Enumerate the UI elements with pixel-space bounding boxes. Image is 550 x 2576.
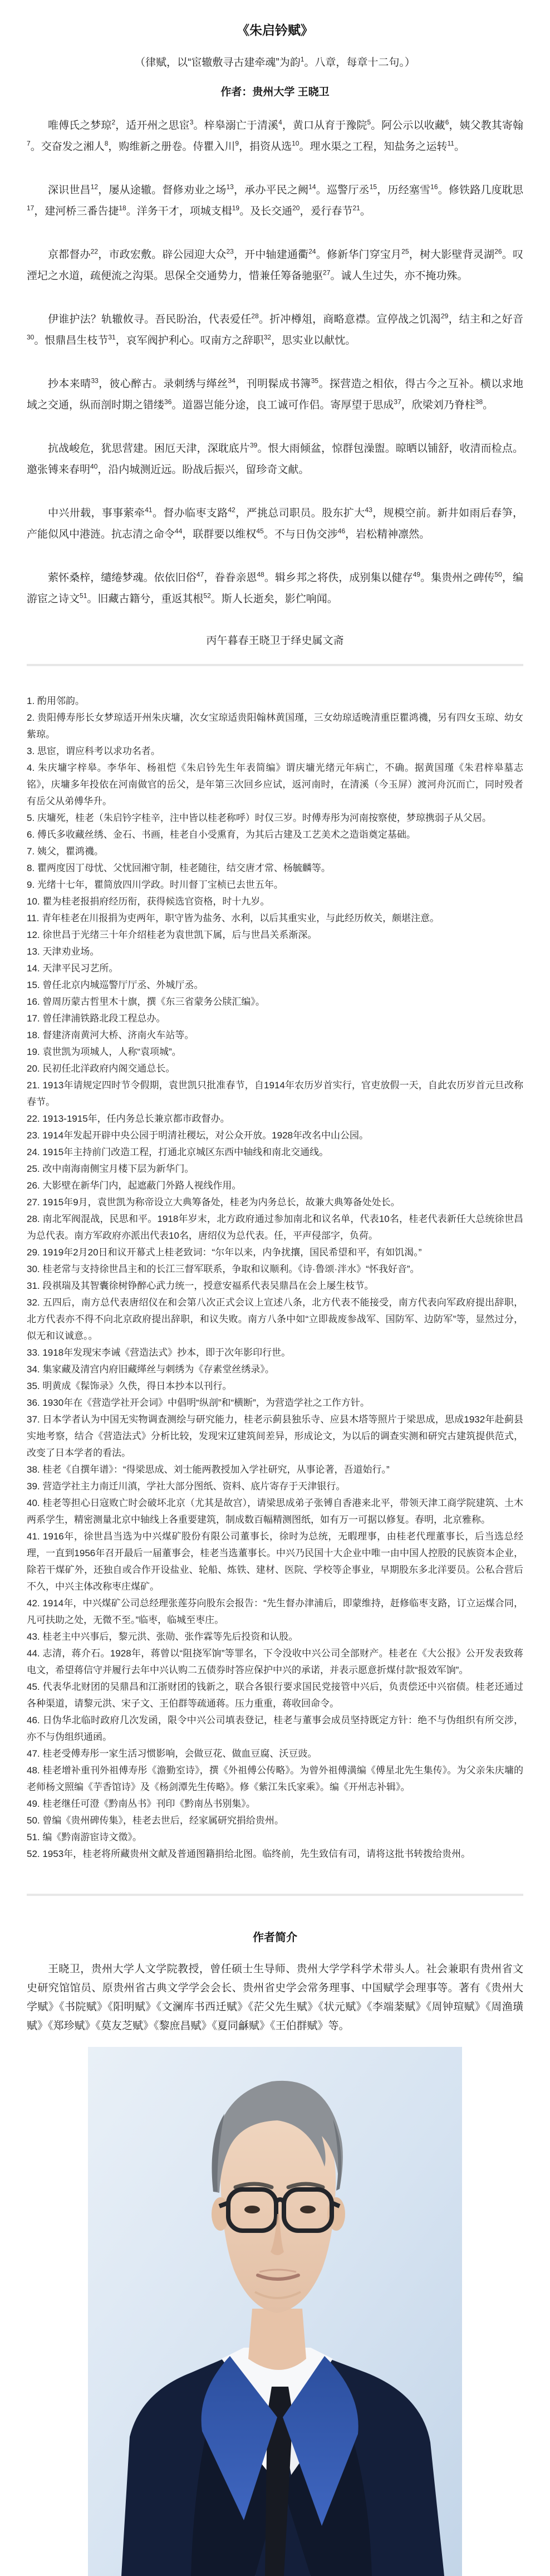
author-line: 作者：贵州大学 王晓卫 [27, 84, 523, 99]
annotation-item: 42. 1914年，中兴煤矿公司总经理张莲芬向股东会报告：“先生督办津浦后，即蒙… [27, 1595, 523, 1629]
annotation-item: 29. 1919年2月20日和议开幕式上桂老致词：“尔年以来，内争扰攘，国民希望… [27, 1244, 523, 1261]
annotation-item: 3. 思宦，谓应科考以求功名者。 [27, 743, 523, 760]
annotation-item: 32. 五四后，南方总代表唐绍仪在和会第八次正式会议上宣述八条，北方代表不能接受… [27, 1294, 523, 1345]
annotation-item: 51. 编《黔南游宦诗文徵》。 [27, 1829, 523, 1846]
annotation-item: 40. 桂老等担心日寇败亡时会破坏北京（尤其是故宫），请梁思成弟子张镈自香港来北… [27, 1495, 523, 1528]
annotation-item: 45. 代表华北财团的吴鼎昌和江浙财团的钱新之，联合各银行要求国民党接管中兴后，… [27, 1679, 523, 1712]
annotation-item: 49. 桂老继任可澄《黔南丛书》刊印《黔南丛书别集》。 [27, 1796, 523, 1812]
poem-form-note: （律赋，以“宦辙敷寻古建牵魂”为韵1。八章，每章十二句。） [27, 54, 523, 69]
annotation-item: 18. 督建济南黄河大桥、济南火车站等。 [27, 1027, 523, 1044]
poem-paragraph: 萦怀桑梓，缱绻梦魂。依依旧俗47，眷眷亲恩48。辑乡邦之将佚，成别集以健存49。… [27, 568, 523, 610]
annotation-item: 43. 桂老主中兴事后，黎元洪、张勋、张作霖等先后投资和认股。 [27, 1629, 523, 1645]
page-title: 《朱启钤赋》 [27, 20, 523, 38]
annotation-item: 33. 1918年发现宋李诫《营造法式》抄本，即于次年影印行世。 [27, 1345, 523, 1361]
annotation-item: 36. 1930年在《营造学社开会词》中倡明“纵剖”和“横断”，为营造学社之工作… [27, 1395, 523, 1411]
poem-paragraph: 深识世昌12，屡从途辙。督修劝业之场13，承办平民之阙14。巡警厅丞15，历经塞… [27, 180, 523, 222]
poem-paragraph: 伊谁护法？轨辙攸寻。吾民盼治，代表爱任28。折冲樽俎，商略意襟。宣停战之饥渴29… [27, 309, 523, 351]
annotation-item: 6. 傅氏多收藏丝绣、金石、书画，桂老自小受熏育，为其后古建及工艺美术之造诣奠定… [27, 827, 523, 843]
annotation-item: 50. 曾编《贵州碑传集》，桂老去世后，经家属研究捐给贵州。 [27, 1812, 523, 1829]
annotation-item: 44. 志清，蒋介石。1928年，蒋曾以“阻挠军饷”等罪名，下令没收中兴公司全部… [27, 1645, 523, 1679]
signature-line: 丙午暮春王晓卫于绎史属文斋 [27, 632, 523, 647]
annotation-item: 48. 桂老增补重刊外祖傅寿彤《澹勤室诗》，撰《外祖傅公传略》。为曾外祖傅潢编《… [27, 1762, 523, 1796]
annotation-item: 21. 1913年请规定四时节令假期，袁世凯只批准春节，自1914年农历岁首实行… [27, 1077, 523, 1111]
annotation-item: 4. 朱庆墉字梓皋。李华年、杨祖恺《朱启钤先生年表简编》谓庆墉光绪元年病亡，不确… [27, 760, 523, 810]
article-page: 《朱启钤赋》 （律赋，以“宦辙敷寻古建牵魂”为韵1。八章，每章十二句。） 作者：… [0, 0, 550, 2576]
annotation-item: 34. 集家藏及清宫内府旧藏缂丝与刺绣为《存素堂丝绣录》。 [27, 1361, 523, 1378]
annotation-item: 12. 徐世昌于光绪三十年介绍桂老为袁世凯下属，后与世昌关系渐深。 [27, 927, 523, 944]
annotation-item: 26. 大影壁在新华门内，起遮蔽门外路人视线作用。 [27, 1177, 523, 1194]
poem-paragraph: 唯傅氏之梦琼2，适开州之思宦3。梓皋溺亡于清溪4，黄口从育于豫院5。阿公示以收藏… [27, 115, 523, 158]
neck [248, 2309, 306, 2370]
annotation-item: 19. 袁世凯为项城人，人称“袁项城”。 [27, 1044, 523, 1060]
annotations-list: 1. 酌用邻韵。2. 贵阳傅寿彤长女梦琼适开州朱庆墉，次女宝琼适贵阳翰林黄国瑾，… [27, 693, 523, 1863]
annotation-item: 2. 贵阳傅寿彤长女梦琼适开州朱庆墉，次女宝琼适贵阳翰林黄国瑾，三女幼琼适晚清重… [27, 710, 523, 743]
annotation-item: 24. 1915年主持前门改造工程，打通北京城区东西中轴线和南北交通线。 [27, 1144, 523, 1161]
annotation-item: 30. 桂老常与支持徐世昌主和的长江三督军联系，争取和议顺利。《诗·鲁颂·泮水》… [27, 1261, 523, 1278]
bio-heading: 作者简介 [27, 1928, 523, 1944]
author-photo [88, 2047, 462, 2576]
annotation-item: 23. 1914年发起开辟中央公园于明清社稷坛，对公众开放。1928年改名中山公… [27, 1127, 523, 1144]
bio-paragraph: 王晓卫，贵州大学人文学院教授，曾任硕士生导师、贵州大学学科学术带头人。社会兼职有… [27, 1960, 523, 2036]
annotation-item: 1. 酌用邻韵。 [27, 693, 523, 710]
poem-paragraph: 京都督办22，市政宏敷。辟公园迎大众23，开中轴建通衢24。修新华门穿宝月25，… [27, 245, 523, 287]
poem-body: 唯傅氏之梦琼2，适开州之思宦3。梓皋溺亡于清溪4，黄口从育于豫院5。阿公示以收藏… [27, 115, 523, 610]
annotation-item: 15. 曾任北京内城巡警厅厅丞、外城厅丞。 [27, 977, 523, 994]
annotation-item: 16. 曾周历蒙古哲里木十旗，撰《东三省蒙务公牍汇编》。 [27, 994, 523, 1010]
annotation-item: 14. 天津平民习艺所。 [27, 960, 523, 977]
annotation-item: 46. 日伪华北临时政府几次发函，限令中兴公司填表登记，桂老与董事会成员坚持既定… [27, 1712, 523, 1746]
section-divider [27, 1894, 523, 1896]
annotation-item: 38. 桂老《自撰年谱》：“得梁思成、刘士能两教授加入学社研究，从事论著，吾道始… [27, 1461, 523, 1478]
annotation-item: 20. 民初任北洋政府内阁交通总长。 [27, 1060, 523, 1077]
annotation-item: 13. 天津劝业场。 [27, 944, 523, 960]
annotation-item: 37. 日本学者认为中国无实物调查测绘与研究能力，桂老示蓟县独乐寺、应县木塔等照… [27, 1411, 523, 1461]
annotation-item: 22. 1913-1915年，任内务总长兼京都市政督办。 [27, 1111, 523, 1127]
poem-paragraph: 抗战峻危，犹思营建。困厄天津，深耽底片39。恨大雨倾盆，惊群包澡盥。晾晒以铺舒，… [27, 438, 523, 481]
annotation-item: 7. 姨父，瞿鸿禨。 [27, 843, 523, 860]
annotation-item: 8. 瞿两度因丁母忧、父忧回湘守制，桂老随往，结交唐才常、杨毓麟等。 [27, 860, 523, 877]
annotation-item: 28. 南北军阀混战，民思和平。1918年岁末，北方政府通过参加南北和议名单，代… [27, 1211, 523, 1244]
annotation-item: 27. 1915年9月，袁世凯为称帝设立大典筹备处，桂老为内务总长，故兼大典筹备… [27, 1194, 523, 1211]
poem-paragraph: 抄本来晴33，彼心醉古。录刺绣与缂丝34，刊明髹成书簿35。探营造之相依，得古今… [27, 374, 523, 416]
annotation-item: 31. 段祺瑞及其智囊徐树铮醉心武力统一，授意安福系代表吴鼎昌在会上屡生枝节。 [27, 1278, 523, 1294]
annotation-item: 11. 青年桂老在川报捐为吏两年，职守皆为盐务、水利，以后其重实业，与此经历攸关… [27, 910, 523, 927]
annotation-item: 39. 营造学社主力南迁川滇，学社大部分图纸、资料、底片寄存于天津银行。 [27, 1478, 523, 1495]
annotation-item: 41. 1916年，徐世昌当选为中兴煤矿股份有限公司董事长，徐时为总统，无暇理事… [27, 1528, 523, 1595]
poem-paragraph: 中兴卅载，事事萦牵41。督办临枣支路42，严挑总司职员。股东扩大43，规模空前。… [27, 503, 523, 545]
section-divider [27, 664, 523, 666]
annotation-item: 17. 曾任津浦铁路北段工程总办。 [27, 1010, 523, 1027]
annotation-item: 52. 1953年，桂老将所藏贵州文献及普通图籍捐给北图。临终前，先生致信有司，… [27, 1846, 523, 1863]
annotation-item: 35. 明黄成《髹饰录》久佚，得日本抄本以刊行。 [27, 1378, 523, 1395]
annotation-item: 10. 瞿为桂老报捐府经历衔，获得候选官资格，时十九岁。 [27, 893, 523, 910]
annotation-item: 5. 庆墉死，桂老（朱启钤字桂辛，注中皆以桂老称呼）时仅三岁。时傅寿彤为河南按察… [27, 810, 523, 827]
annotation-item: 9. 光绪十七年，瞿简放四川学政。时川督丁宝桢已去世五年。 [27, 877, 523, 893]
annotation-item: 25. 改中南海南侧宝月楼下层为新华门。 [27, 1161, 523, 1177]
annotation-item: 47. 桂老受傅寿彤一家生活习惯影响，会做豆花、做血豆腐、沃豆豉。 [27, 1746, 523, 1762]
